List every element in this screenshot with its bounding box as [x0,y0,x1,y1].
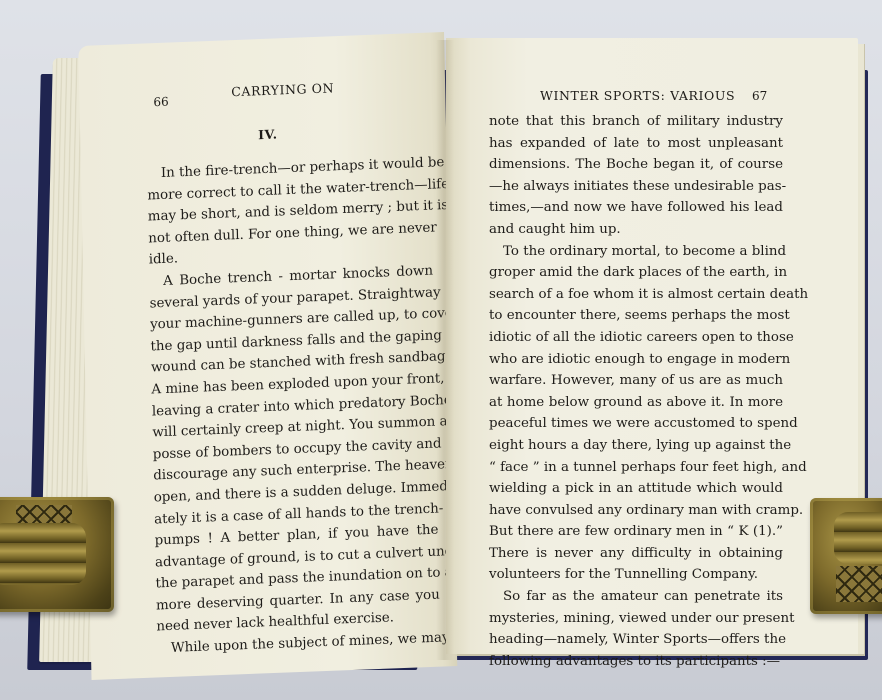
text-line: following advantages to its participants… [489,651,783,673]
text-line: So far as the amateur can penetrate its [489,586,783,608]
text-line: has expanded of late to most unpleasant [489,133,783,155]
text-line: —he always initiates these undesirable p… [489,176,783,198]
lattice-ornament [16,505,72,525]
text-line: search of a foe whom it is almost certai… [489,284,783,306]
text-line: eight hours a day there, lying up agains… [489,435,783,457]
page-number-right: 67 [752,89,767,103]
text-line: and caught him up. [489,219,783,241]
page-number-left: 66 [153,95,169,110]
text-line: But there are few ordinary men in “ K (1… [489,521,783,543]
hand-ornament [834,512,882,564]
right-page-body: note that this branch of military indust… [489,111,783,672]
text-line: note that this branch of military indust… [489,111,783,133]
text-line: warfare. However, many of us are as much [489,370,783,392]
text-line: wielding a pick in an attitude which wou… [489,478,783,500]
text-line: peaceful times we were accustomed to spe… [489,413,783,435]
running-head-right: WINTER SPORTS: VARIOUS [540,88,735,103]
text-line: at home below ground as above it. In mor… [489,392,783,414]
brass-page-clip-right [810,498,882,614]
lattice-ornament [836,566,882,602]
text-line: times,—and now we have followed his lead [489,197,783,219]
text-line: There is never any difficulty in obtaini… [489,543,783,565]
text-line: heading—namely, Winter Sports—offers the [489,629,783,651]
book-gutter [436,40,454,660]
right-page: WINTER SPORTS: VARIOUS 67 note that this… [446,38,858,654]
brass-page-clip-left [0,497,114,612]
text-line: groper amid the dark places of the earth… [489,262,783,284]
left-page: 66 CARRYING ON IV. In the fire-trench—or… [78,32,457,680]
text-line: dimensions. The Boche began it, of cours… [489,154,783,176]
section-heading: IV. [258,126,278,142]
running-head-left: CARRYING ON [231,80,334,99]
text-line: To the ordinary mortal, to become a blin… [489,241,783,263]
text-line: to encounter there, seems perhaps the mo… [489,305,783,327]
text-line: idiotic of all the idiotic careers open … [489,327,783,349]
text-line: mysteries, mining, viewed under our pres… [489,608,783,630]
text-line: have convulsed any ordinary man with cra… [489,500,783,522]
text-line: volunteers for the Tunnelling Company. [489,564,783,586]
book-photo: 66 CARRYING ON IV. In the fire-trench—or… [0,0,882,700]
text-line: who are idiotic enough to engage in mode… [489,349,783,371]
left-page-body: In the fire-trench—or perhaps it would b… [147,153,441,661]
text-line: “ face ” in a tunnel perhaps four feet h… [489,457,783,479]
hand-ornament [0,523,86,585]
